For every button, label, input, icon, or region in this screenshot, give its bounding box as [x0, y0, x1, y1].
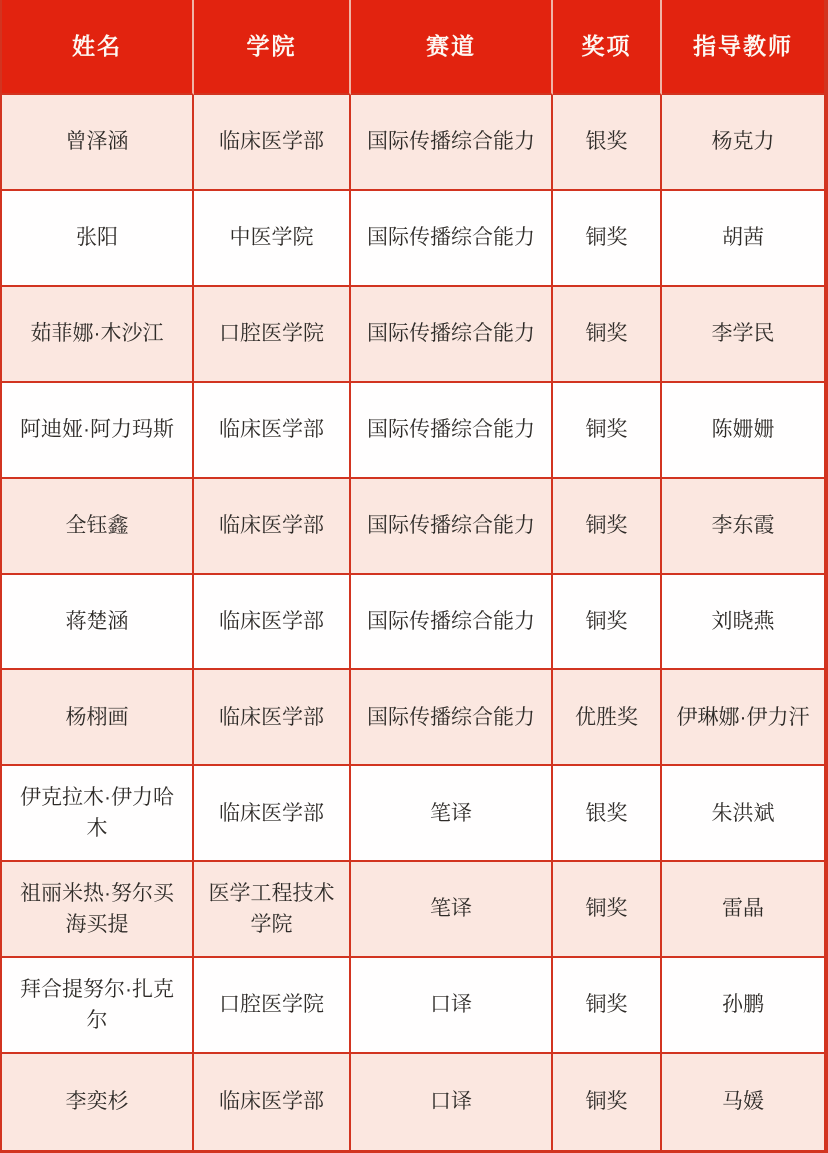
cell-college: 临床医学部 [194, 383, 351, 479]
cell-name: 全钰鑫 [2, 479, 194, 575]
cell-advisor: 朱洪斌 [662, 766, 824, 862]
cell-track: 笔译 [351, 766, 553, 862]
cell-advisor: 胡茜 [662, 191, 824, 287]
cell-track: 口译 [351, 1054, 553, 1150]
cell-college: 口腔医学院 [194, 958, 351, 1054]
cell-college: 临床医学部 [194, 670, 351, 766]
cell-award: 优胜奖 [553, 670, 662, 766]
cell-award: 铜奖 [553, 958, 662, 1054]
cell-advisor: 陈姗姗 [662, 383, 824, 479]
cell-advisor: 伊琳娜·伊力汗 [662, 670, 824, 766]
cell-track: 笔译 [351, 862, 553, 958]
cell-name: 拜合提努尔·扎克尔 [2, 958, 194, 1054]
cell-name: 曾泽涵 [2, 95, 194, 191]
header-track: 赛道 [351, 0, 553, 95]
cell-name: 茹菲娜·木沙江 [2, 287, 194, 383]
header-college: 学院 [194, 0, 351, 95]
cell-advisor: 孙鹏 [662, 958, 824, 1054]
cell-name: 阿迪娅·阿力玛斯 [2, 383, 194, 479]
cell-award: 铜奖 [553, 383, 662, 479]
cell-advisor: 刘晓燕 [662, 575, 824, 671]
cell-college: 中医学院 [194, 191, 351, 287]
cell-name: 张阳 [2, 191, 194, 287]
cell-name: 蒋楚涵 [2, 575, 194, 671]
cell-college: 临床医学部 [194, 95, 351, 191]
cell-track: 国际传播综合能力 [351, 95, 553, 191]
cell-advisor: 李东霞 [662, 479, 824, 575]
cell-award: 铜奖 [553, 1054, 662, 1150]
cell-college: 临床医学部 [194, 479, 351, 575]
header-name: 姓名 [2, 0, 194, 95]
cell-award: 铜奖 [553, 575, 662, 671]
cell-track: 国际传播综合能力 [351, 383, 553, 479]
cell-name: 杨栩画 [2, 670, 194, 766]
cell-track: 国际传播综合能力 [351, 575, 553, 671]
header-award: 奖项 [553, 0, 662, 95]
cell-advisor: 杨克力 [662, 95, 824, 191]
cell-track: 国际传播综合能力 [351, 670, 553, 766]
cell-college: 临床医学部 [194, 1054, 351, 1150]
cell-award: 铜奖 [553, 191, 662, 287]
cell-track: 国际传播综合能力 [351, 479, 553, 575]
cell-advisor: 李学民 [662, 287, 824, 383]
cell-name: 祖丽米热·努尔买海买提 [2, 862, 194, 958]
cell-advisor: 雷晶 [662, 862, 824, 958]
cell-name: 李奕杉 [2, 1054, 194, 1150]
cell-award: 银奖 [553, 766, 662, 862]
cell-track: 国际传播综合能力 [351, 191, 553, 287]
cell-award: 铜奖 [553, 287, 662, 383]
cell-track: 口译 [351, 958, 553, 1054]
cell-college: 临床医学部 [194, 766, 351, 862]
cell-award: 铜奖 [553, 862, 662, 958]
header-advisor: 指导教师 [662, 0, 824, 95]
awards-table: 姓名学院赛道奖项指导教师曾泽涵临床医学部国际传播综合能力银奖杨克力张阳中医学院国… [0, 0, 828, 1153]
cell-award: 银奖 [553, 95, 662, 191]
cell-track: 国际传播综合能力 [351, 287, 553, 383]
cell-name: 伊克拉木·伊力哈木 [2, 766, 194, 862]
cell-advisor: 马媛 [662, 1054, 824, 1150]
cell-college: 医学工程技术学院 [194, 862, 351, 958]
cell-college: 临床医学部 [194, 575, 351, 671]
cell-college: 口腔医学院 [194, 287, 351, 383]
cell-award: 铜奖 [553, 479, 662, 575]
